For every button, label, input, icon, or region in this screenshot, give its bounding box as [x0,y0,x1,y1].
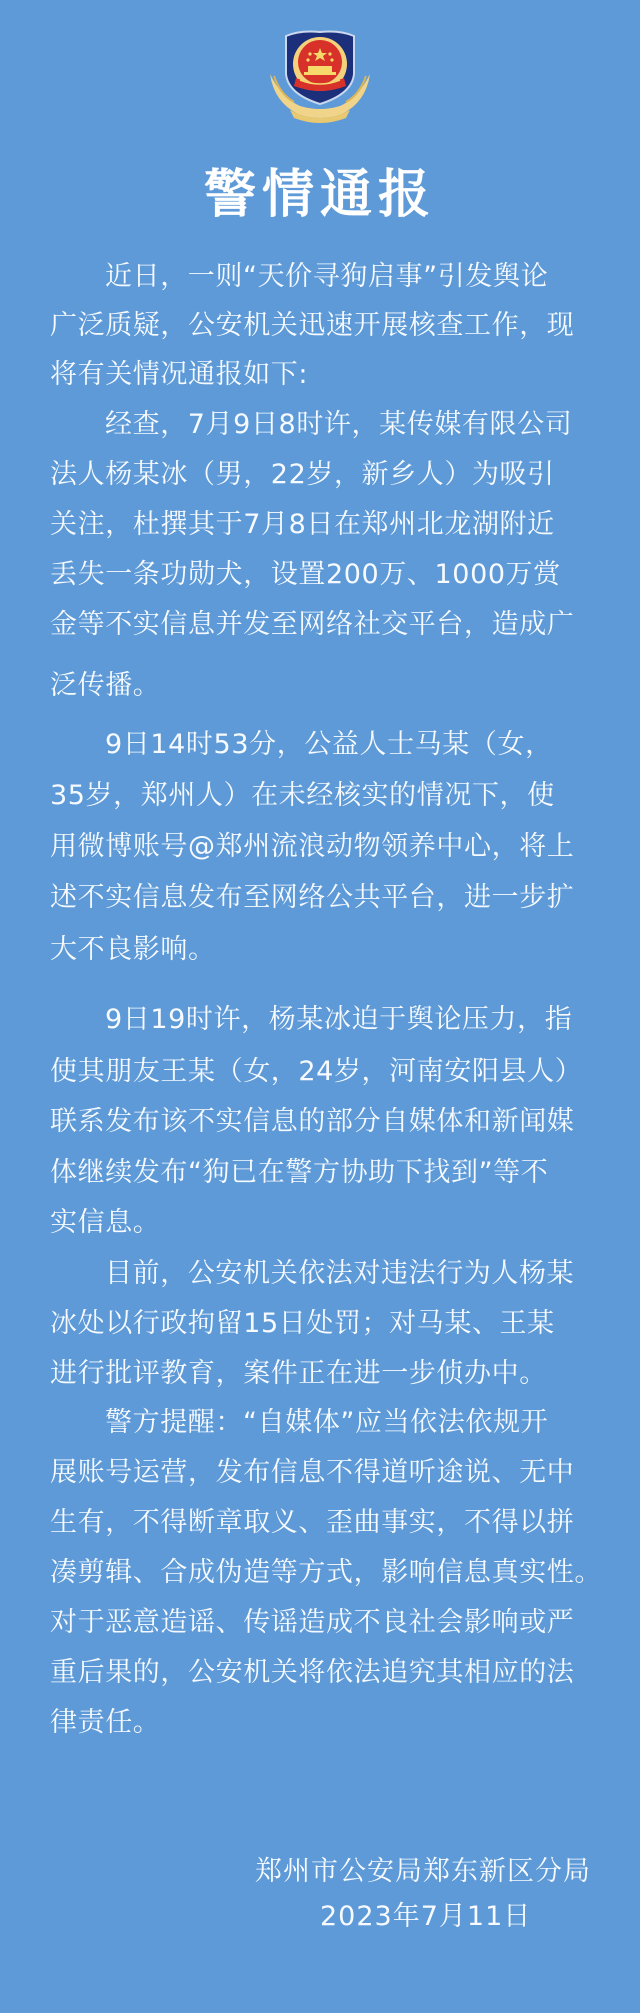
paragraph-spread-line: 9日14时53分，公益人士马某（女， [105,725,640,765]
paragraph-spread-line: 用微博账号@郑州流浪动物领养中心，将上 [50,827,610,867]
paragraph-reminder-line: 生有，不得断章取义、歪曲事实，不得以拼 [50,1503,610,1543]
paragraph-investigation-line: 经查，7月9日8时许，某传媒有限公司 [105,405,640,445]
paragraph-investigation-line: 法人杨某冰（男，22岁，新乡人）为吸引 [50,455,610,495]
paragraph-reminder-line: 对于恶意造谣、传谣造成不良社会影响或严 [50,1603,610,1643]
paragraph-reminder-line: 重后果的，公安机关将依法追究其相应的法 [50,1653,610,1693]
paragraph-investigation-line: 关注，杜撰其于7月8日在郑州北龙湖附近 [50,505,610,545]
paragraph-reminder-line: 凑剪辑、合成伪造等方式，影响信息真实性。 [50,1553,610,1593]
paragraph-investigation-line: 丢失一条功勋犬，设置200万、1000万赏 [50,555,610,595]
paragraph-coverup-line: 使其朋友王某（女，24岁，河南安阳县人） [50,1052,610,1092]
issue-date: 2023年7月11日 [320,1897,531,1937]
paragraph-coverup-line: 实信息。 [50,1203,610,1243]
paragraph-intro-line: 广泛质疑，公安机关迅速开展核查工作，现 [50,306,610,346]
paragraph-coverup-line: 体继续发布“狗已在警方协助下找到”等不 [50,1153,610,1193]
paragraph-penalty-line: 目前，公安机关依法对违法行为人杨某 [105,1254,640,1294]
page-title: 警情通报 [0,160,640,230]
paragraph-spread-line: 述不实信息发布至网络公共平台，进一步扩 [50,878,610,918]
paragraph-spread-line: 35岁，郑州人）在未经核实的情况下，使 [50,776,610,816]
issuer-name: 郑州市公安局郑东新区分局 [255,1852,591,1892]
paragraph-coverup-line: 9日19时许，杨某冰迫于舆论压力，指 [105,1000,640,1040]
paragraph-reminder-line: 律责任。 [50,1703,610,1743]
paragraph-penalty-line: 冰处以行政拘留15日处罚；对马某、王某 [50,1304,610,1344]
paragraph-investigation-line: 金等不实信息并发至网络社交平台，造成广 [50,605,610,645]
paragraph-reminder-line: 展账号运营，发布信息不得道听途说、无中 [50,1453,610,1493]
paragraph-penalty-line: 进行批评教育，案件正在进一步侦办中。 [50,1354,610,1394]
paragraph-spread-line: 大不良影响。 [50,930,610,970]
paragraph-investigation-line: 泛传播。 [50,666,610,706]
paragraph-intro-line: 将有关情况通报如下: [50,355,610,395]
paragraph-reminder-line: 警方提醒：“自媒体”应当依法依规开 [105,1403,640,1443]
paragraph-intro-line: 近日，一则“天价寻狗启事”引发舆论 [105,257,640,297]
police-emblem-icon [260,14,380,124]
paragraph-coverup-line: 联系发布该不实信息的部分自媒体和新闻媒 [50,1102,610,1142]
